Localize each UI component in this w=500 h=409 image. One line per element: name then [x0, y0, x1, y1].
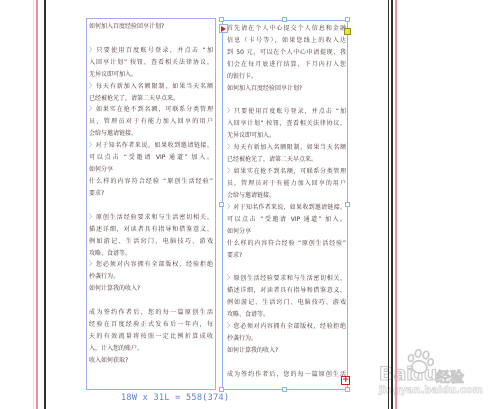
text-line: 〉原创生活经验要求和与生活密切相关， [227, 273, 346, 285]
text-line: 描述详细，对读者具有指导和借鉴意义， [227, 285, 346, 297]
selection-handle-bottom-right[interactable] [345, 387, 350, 392]
text-line: 〉如果实在抢不到名额，可联系分类管理 [227, 166, 346, 178]
watermark-brand-cjk: 经验 [436, 367, 464, 387]
text-line: 攻略、食谱等。 [227, 309, 346, 321]
text-line: 入，计入您的账户。 [89, 343, 213, 355]
selection-handle-top-mid[interactable] [282, 17, 287, 22]
text-line: 描述详细，对读者具有指导和借鉴意义， [89, 224, 213, 236]
selection-handle-bottom-left[interactable] [219, 387, 224, 392]
text-line: 已经被抢光了，请第二天早点来。 [89, 93, 213, 105]
selection-handle-mid-right[interactable] [345, 202, 350, 207]
text-line: 〉每天有新加入名额限制，如果当天名额 [89, 81, 213, 93]
text-line [227, 261, 346, 273]
text-flow-arrow-icon[interactable] [219, 24, 228, 33]
selection-handle-top-right[interactable] [345, 17, 350, 22]
text-line: 们会在每月底进行结算，下月内打入您 [227, 59, 346, 71]
text-line: 经验在百度经验正式发布后一年内，每 [89, 319, 213, 331]
text-line: 如何加入百度经验回享计划? [89, 21, 213, 33]
document-workspace: Bai du 经验 jingyan.baidu.com 如何加入百度经验回享计划… [0, 0, 500, 409]
text-line: 入回享计划” 按钮，查看相关法律协议， [89, 57, 213, 69]
text-frame-left[interactable]: 如何加入百度经验回享计划?〉只要使用百度账号登录，并点击 “加入回享计划” 按钮… [86, 18, 216, 390]
text-line: 到 50 元，可以在个人中心申请提现，我 [227, 47, 346, 59]
text-line: 攻略、食谱等。 [89, 248, 213, 260]
selection-handle-bottom-mid[interactable] [282, 387, 287, 392]
text-line: 信息（卡号等），如果您线上的收入达 [227, 35, 346, 47]
text-line: 要求? [89, 188, 213, 200]
margin-guide-line [36, 0, 38, 409]
text-line: 〉每天有新加入名额限制，如果当天名额 [227, 142, 346, 154]
text-line: 什么样的内容符合经验 “原创生活经验” [89, 176, 213, 188]
margin-guide-line [395, 0, 397, 409]
page-edge-line [388, 0, 389, 409]
text-line: 如何计算我的收入? [227, 345, 346, 357]
text-line: 〉只要使用百度账号登录，并点击 “加 [89, 45, 213, 57]
text-frame-right-selected[interactable]: 首先请在个人中心提交个人信息和金融信息（卡号等），如果您线上的收入达到 50 元… [222, 20, 348, 390]
overflow-plus-icon[interactable]: + [341, 376, 350, 385]
text-line: 〉如果实在抢不到名额，可联系分类管理 [89, 104, 213, 116]
red-arrow-glyph [221, 26, 226, 32]
text-line [227, 95, 346, 107]
page-edge-line [44, 0, 46, 409]
text-line: 可以点击 “受邀请 VIP 通道” 加入。 [227, 214, 346, 226]
text-line: 抄袭行为。 [89, 271, 213, 283]
text-line [89, 33, 213, 45]
text-line [89, 295, 213, 307]
text-line: 〉原创生活经验要求和与生活密切相关， [89, 212, 213, 224]
text-line: 〉只要使用百度账号登录，并点击 “加 [227, 106, 346, 118]
text-line: 例如游记、生活窍门、电脑技巧、游戏 [227, 297, 346, 309]
text-line: 〉对于知名作者来说，如果收到邀请链接， [227, 202, 346, 214]
text-line: 成为签约作者后，您的每一篇原创生活 [89, 307, 213, 319]
margin-guide-line [33, 0, 34, 409]
text-line: 如何分享 [227, 226, 346, 238]
text-line: 要求? [227, 250, 346, 262]
text-line: 例如游记、生活窍门、电脑技巧、游戏 [89, 236, 213, 248]
frame-dimensions-status: 18W x 31L = 558(374) [121, 393, 229, 403]
resize-handle-yellow[interactable] [344, 28, 351, 35]
text-line: 〉您必须对内容拥有全部版权，经验拒绝 [227, 321, 346, 333]
text-line: 的银行卡。 [227, 71, 346, 83]
text-line: 员，管理员对于有能力加入回享的用户 [89, 116, 213, 128]
text-line: 首先请在个人中心提交个人信息和金融 [227, 23, 346, 35]
text-line [227, 357, 346, 369]
page-edge-line [391, 0, 393, 409]
text-line: 收入如何获取? [89, 355, 213, 367]
selection-handle-mid-left[interactable] [219, 202, 224, 207]
text-line: 已经被抢光了，请第二天早点来。 [227, 154, 346, 166]
text-line: 会给与邀请链接。 [227, 190, 346, 202]
text-line: 抄袭行为。 [227, 333, 346, 345]
selection-handle-top-left[interactable] [219, 17, 224, 22]
text-line: 〉您必须对内容拥有全部版权，经验拒绝 [89, 259, 213, 271]
text-line: 可以点击 “受邀请 VIP 通道” 加入。 [89, 152, 213, 164]
text-line: 无异议即可加入。 [89, 69, 213, 81]
text-line: 如何分享 [89, 164, 213, 176]
text-line: 成为签约作者后，您的每一篇原创生活 [227, 369, 346, 381]
text-line: 员，管理员对于有能力加入回享的用户 [227, 178, 346, 190]
text-line [89, 200, 213, 212]
text-line: 什么样的内容符合经验 “原创生活经验” [227, 238, 346, 250]
text-line: 如何加入百度经验回享计划? [227, 83, 346, 95]
text-line: 无异议即可加入。 [227, 130, 346, 142]
text-line: 〉对于知名作者来说，如果收到邀请链接， [89, 140, 213, 152]
text-line: 入回享计划” 按钮，查看相关法律协议， [227, 118, 346, 130]
text-line: 会给与邀请链接。 [89, 128, 213, 140]
text-line: 天的有效流量将按照一定比例折算成收 [89, 331, 213, 343]
text-line: 如何计算我的收入? [89, 283, 213, 295]
